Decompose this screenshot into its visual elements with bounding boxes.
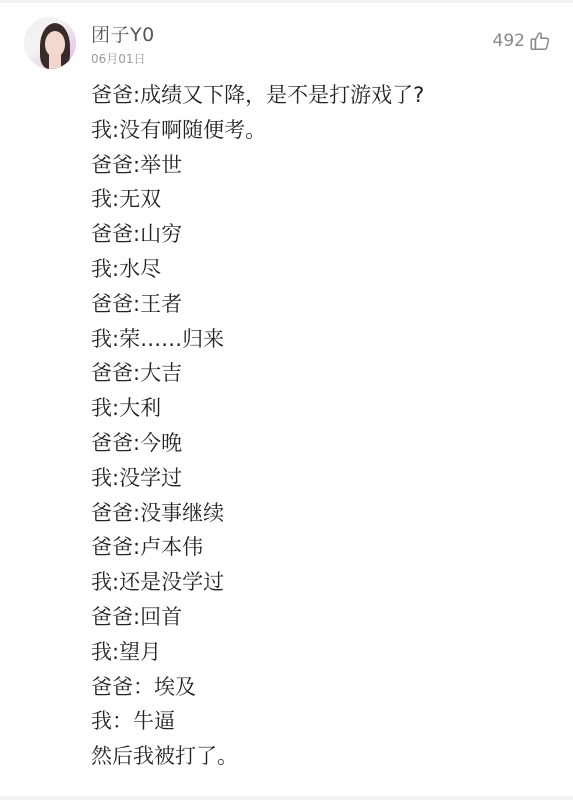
comment-line: 爸爸:山穷: [91, 217, 424, 252]
comment-line: 爸爸:大吉: [91, 356, 424, 391]
like-button[interactable]: 492: [493, 30, 551, 52]
comment-line: 爸爸：埃及: [91, 670, 424, 705]
comment-line: 我：牛逼: [91, 704, 424, 739]
like-count: 492: [493, 31, 525, 51]
comment-line: 爸爸:回首: [91, 600, 424, 635]
avatar-face: [45, 31, 65, 57]
comment-line: 爸爸:卢本伟: [91, 530, 424, 565]
comment-line: 爸爸:王者: [91, 287, 424, 322]
comment-body: 爸爸:成绩又下降，是不是打游戏了? 我:没有啊随便考。 爸爸:举世 我:无双 爸…: [91, 78, 424, 774]
comment-line: 我:没有啊随便考。: [91, 113, 424, 148]
user-avatar[interactable]: [24, 17, 76, 69]
avatar-neck: [49, 55, 61, 69]
comment-line: 爸爸:今晚: [91, 426, 424, 461]
bottom-divider: [0, 796, 573, 800]
thumbs-up-icon: [529, 30, 551, 52]
comment-line: 爸爸:没事继续: [91, 496, 424, 531]
comment-line: 我:没学过: [91, 461, 424, 496]
comment-card: 团子Y0 06月01日 492 爸爸:成绩又下降，是不是打游戏了? 我:没有啊随…: [0, 0, 573, 796]
comment-line: 爸爸:举世: [91, 148, 424, 183]
comment-line: 然后我被打了。: [91, 739, 424, 774]
comment-line: 我:无双: [91, 182, 424, 217]
comment-line: 我:望月: [91, 635, 424, 670]
comment-line: 我:荣……归来: [91, 322, 424, 357]
comment-line: 我:大利: [91, 391, 424, 426]
username[interactable]: 团子Y0: [91, 20, 155, 47]
comment-line: 我:水尽: [91, 252, 424, 287]
comment-line: 我:还是没学过: [91, 565, 424, 600]
comment-line: 爸爸:成绩又下降，是不是打游戏了?: [91, 78, 424, 113]
comment-date: 06月01日: [91, 50, 146, 67]
